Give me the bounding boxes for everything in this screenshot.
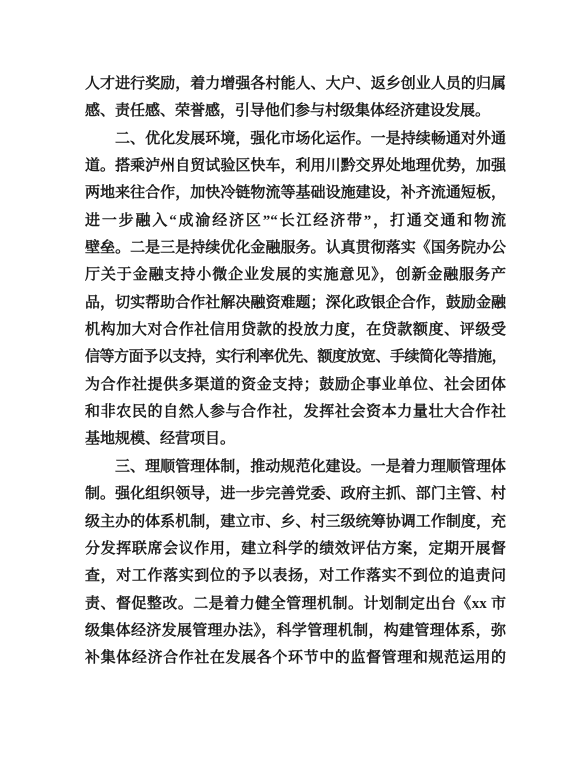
text-line: 级主办的体系机制，建立市、乡、村三级统筹协调工作制度，充 xyxy=(85,509,506,536)
text-line: 两地来往合作，加快冷链物流等基础设施建设，补齐流通短板， xyxy=(85,180,506,207)
text-line: 信等方面予以支持，实行利率优先、额度放宽、手续简化等措施， xyxy=(85,344,506,371)
paragraph: 人才进行奖励，着力增强各村能人、大户、返乡创业人员的归属 感、责任感、荣誉感，引… xyxy=(85,71,506,126)
text-line: 制。强化组织领导，进一步完善党委、政府主抓、部门主管、村 xyxy=(85,481,506,508)
paragraph: 三、理顺管理体制，推动规范化建设。一是着力理顺管理体 制。强化组织领导，进一步完… xyxy=(85,454,506,673)
text-line: 厅关于金融支持小微企业发展的实施意见》，创新金融服务产 xyxy=(85,262,506,289)
text-line: 为合作社提供多渠道的资金支持；鼓励企事业单位、社会团体 xyxy=(85,372,506,399)
paragraph: 二、优化发展环境，强化市场化运作。一是持续畅通对外通 道。搭乘泸州自贸试验区快车… xyxy=(85,126,506,454)
document-text-block: 人才进行奖励，着力增强各村能人、大户、返乡创业人员的归属 感、责任感、荣誉感，引… xyxy=(85,71,506,673)
text-line: 基地规模、经营项目。 xyxy=(85,426,506,453)
text-line: 壁垒。二是三是持续优化金融服务。认真贯彻落实《国务院办公 xyxy=(85,235,506,262)
text-line: 责、督促整改。二是着力健全管理机制。计划制定出台《xx 市村 xyxy=(85,591,506,618)
text-line: 机构加大对合作社信用贷款的投放力度，在贷款额度、评级受 xyxy=(85,317,506,344)
text-line: 进一步融入“成渝经济区”“长江经济带”，打通交通和物流 xyxy=(85,208,506,235)
document-page: 人才进行奖励，着力增强各村能人、大户、返乡创业人员的归属 感、责任感、荣誉感，引… xyxy=(0,0,586,759)
text-line: 级集体经济发展管理办法》，科学管理机制，构建管理体系，弥 xyxy=(85,618,506,645)
text-line: 品，切实帮助合作社解决融资难题；深化政银企合作，鼓励金融 xyxy=(85,290,506,317)
text-line: 查，对工作落实到位的予以表扬，对工作落实不到位的追责问 xyxy=(85,563,506,590)
text-line: 分发挥联席会议作用，建立科学的绩效评估方案，定期开展督 xyxy=(85,536,506,563)
text-line: 感、责任感、荣誉感，引导他们参与村级集体经济建设发展。 xyxy=(85,98,506,125)
text-line: 二、优化发展环境，强化市场化运作。一是持续畅通对外通 xyxy=(85,126,506,153)
text-line: 补集体经济合作社在发展各个环节中的监督管理和规范运用的 xyxy=(85,645,506,672)
text-line: 三、理顺管理体制，推动规范化建设。一是着力理顺管理体 xyxy=(85,454,506,481)
text-line: 人才进行奖励，着力增强各村能人、大户、返乡创业人员的归属 xyxy=(85,71,506,98)
text-line: 和非农民的自然人参与合作社，发挥社会资本力量壮大合作社 xyxy=(85,399,506,426)
text-line: 道。搭乘泸州自贸试验区快车，利用川黔交界处地理优势，加强 xyxy=(85,153,506,180)
